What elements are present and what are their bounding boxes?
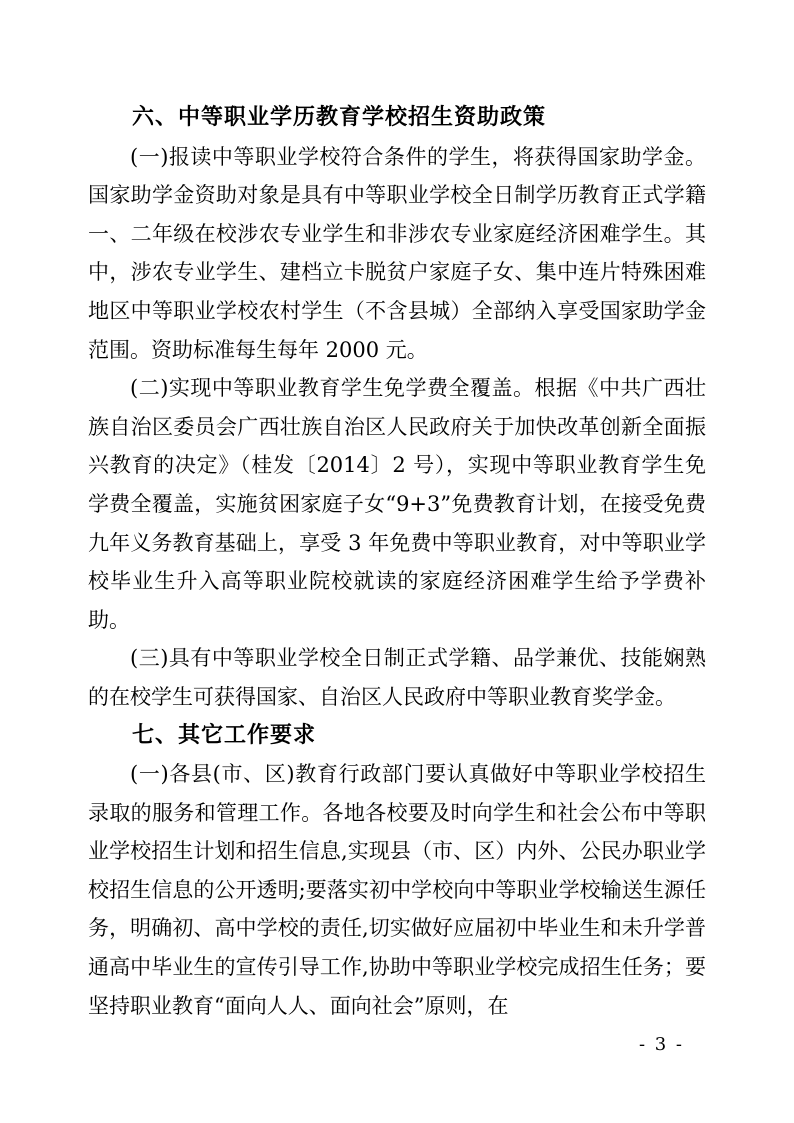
document-body: 六、中等职业学历教育学校招生资助政策 (一)报读中等职业学校符合条件的学生，将获… xyxy=(88,99,706,1025)
section-heading-6: 六、中等职业学历教育学校招生资助政策 xyxy=(88,99,706,138)
paragraph-subsidy-2: (二)实现中等职业教育学生免学费全覆盖。根据《中共广西壮族自治区委员会广西壮族自… xyxy=(88,369,706,639)
paragraph-other-requirements-1: (一)各县(市、区)教育行政部门要认真做好中等职业学校招生录取的服务和管理工作。… xyxy=(88,755,706,1025)
paragraph-subsidy-3: (三)具有中等职业学校全日制正式学籍、品学兼优、技能娴熟的在校学生可获得国家、自… xyxy=(88,639,706,716)
document-page: 六、中等职业学历教育学校招生资助政策 (一)报读中等职业学校符合条件的学生，将获… xyxy=(0,0,794,1123)
section-heading-7: 七、其它工作要求 xyxy=(88,717,706,756)
page-number: - 3 - xyxy=(639,1034,684,1055)
paragraph-subsidy-1: (一)报读中等职业学校符合条件的学生，将获得国家助学金。国家助学金资助对象是具有… xyxy=(88,138,706,370)
